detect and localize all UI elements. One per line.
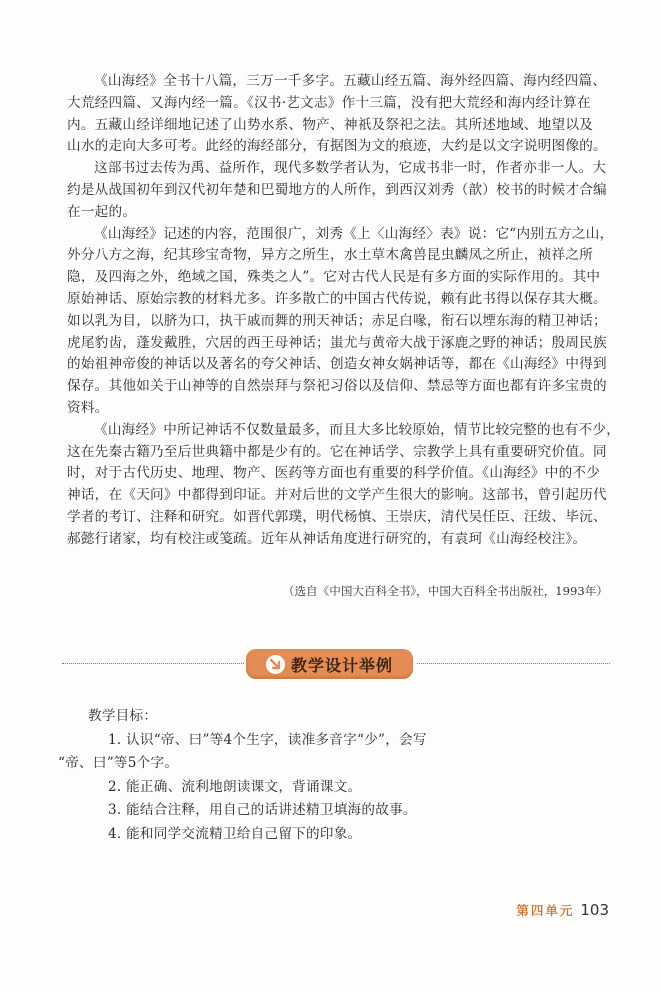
page-footer: 第四单元 103 [516, 901, 609, 919]
text-line: 大荒经四篇、又海内经一篇。《汉书·艺文志》作十三篇，没有把大荒经和海内经计算在 [67, 93, 611, 115]
unit-label: 第四单元 [516, 901, 574, 919]
text-line: 约是从战国初年到汉代初年楚和巴蜀地方的人所作，到西汉刘秀（歆）校书的时候才合编 [67, 180, 611, 202]
text-line: 《山海经》中所记神话不仅数量最多，而且大多比较原始，情节比较完整的也有不少， [67, 420, 611, 442]
dotted-rule-right [417, 663, 610, 664]
section-divider: 教学设计举例 [62, 649, 610, 679]
text-line: 保存。其他如关于山神等的自然崇拜与祭祀习俗以及信仰、禁忌等方面也都有许多宝贵的 [67, 376, 611, 398]
goal-item: 3. 能结合注释，用自己的话讲述精卫填海的故事。 [88, 799, 548, 823]
source-citation: （选自《中国大百科全书》，中国大百科全书出版社，1993年） [283, 583, 608, 599]
arrow-circle-icon [266, 655, 285, 674]
text-line: 《山海经》全书十八篇，三万一千多字。五藏山经五篇、海外经四篇、海内经四篇、 [67, 71, 611, 93]
section-title: 教学设计举例 [291, 653, 393, 676]
goal-item-continued: “帝、曰”等5个字。 [58, 752, 548, 776]
goal-item: 2. 能正确、流利地朗读课文，背诵课文。 [88, 776, 548, 800]
goal-item: 1. 认识“帝、曰”等4个生字，读准多音字“少”，会写 [88, 729, 548, 753]
textbook-page: 《山海经》全书十八篇，三万一千多字。五藏山经五篇、海外经四篇、海内经四篇、 大荒… [0, 0, 661, 992]
goals-heading: 教学目标： [88, 705, 548, 729]
text-line: 时，对于古代历史、地理、物产、医药等方面也有重要的科学价值。《山海经》中的不少 [67, 463, 611, 485]
text-line: 内。五藏山经详细地记述了山势水系、物产、神祇及祭祀之法。其所述地域、地望以及 [67, 115, 611, 137]
text-line: 如以乳为目，以脐为口，执干戚而舞的刑天神话；赤足白喙，衔石以堙东海的精卫神话； [67, 311, 611, 333]
article-body: 《山海经》全书十八篇，三万一千多字。五藏山经五篇、海外经四篇、海内经四篇、 大荒… [67, 71, 611, 551]
text-line: 在一起的。 [67, 202, 611, 224]
teaching-goals: 教学目标： 1. 认识“帝、曰”等4个生字，读准多音字“少”，会写 “帝、曰”等… [88, 705, 548, 846]
text-line: 郝懿行诸家，均有校注或笺疏。近年从神话角度进行研究的，有袁珂《山海经校注》。 [67, 529, 611, 551]
text-line: 这部书过去传为禹、益所作，现代多数学者认为，它成书非一时，作者亦非一人。大 [67, 158, 611, 180]
text-line: 原始神话、原始宗教的材料尤多。许多散亡的中国古代传说，赖有此书得以保存其大概。 [67, 289, 611, 311]
text-line: 学者的考订、注释和研究。如晋代郭璞，明代杨慎、王崇庆，清代吴任臣、汪绂、毕沅、 [67, 507, 611, 529]
text-line: 资料。 [67, 398, 611, 420]
text-line: 虎尾豹齿，蓬发戴胜，穴居的西王母神话；蚩尤与黄帝大战于涿鹿之野的神话；殷周民族 [67, 333, 611, 355]
text-line: 神话，在《天问》中都得到印证。并对后世的文学产生很大的影响。这部书，曾引起历代 [67, 485, 611, 507]
dotted-rule-left [62, 663, 244, 664]
text-line: 外分八方之海，纪其珍宝奇物，异方之所生，水土草木禽兽昆虫麟凤之所止，祯祥之所 [67, 245, 611, 267]
text-line: 山水的走向大多可考。此经的海经部分，有据图为文的痕迹，大约是以文字说明图像的。 [67, 136, 611, 158]
text-line: 这在先秦古籍乃至后世典籍中都是少有的。它在神话学、宗教学上具有重要研究价值。同 [67, 442, 611, 464]
goal-item: 4. 能和同学交流精卫给自己留下的印象。 [88, 823, 548, 847]
page-number: 103 [580, 901, 609, 919]
paragraph-4: 《山海经》中所记神话不仅数量最多，而且大多比较原始，情节比较完整的也有不少， 这… [67, 420, 611, 551]
paragraph-2: 这部书过去传为禹、益所作，现代多数学者认为，它成书非一时，作者亦非一人。大 约是… [67, 158, 611, 223]
text-line: 的始祖神帝俊的神话以及著名的夸父神话、创造女神女娲神话等，都在《山海经》中得到 [67, 354, 611, 376]
paragraph-1: 《山海经》全书十八篇，三万一千多字。五藏山经五篇、海外经四篇、海内经四篇、 大荒… [67, 71, 611, 158]
text-line: 隐，及四海之外，绝域之国，殊类之人”。它对古代人民是有多方面的实际作用的。其中 [67, 267, 611, 289]
text-line: 《山海经》记述的内容，范围很广，刘秀《上〈山海经〉表》说：它“内别五方之山， [67, 224, 611, 246]
paragraph-3: 《山海经》记述的内容，范围很广，刘秀《上〈山海经〉表》说：它“内别五方之山， 外… [67, 224, 611, 420]
section-banner: 教学设计举例 [246, 649, 413, 679]
